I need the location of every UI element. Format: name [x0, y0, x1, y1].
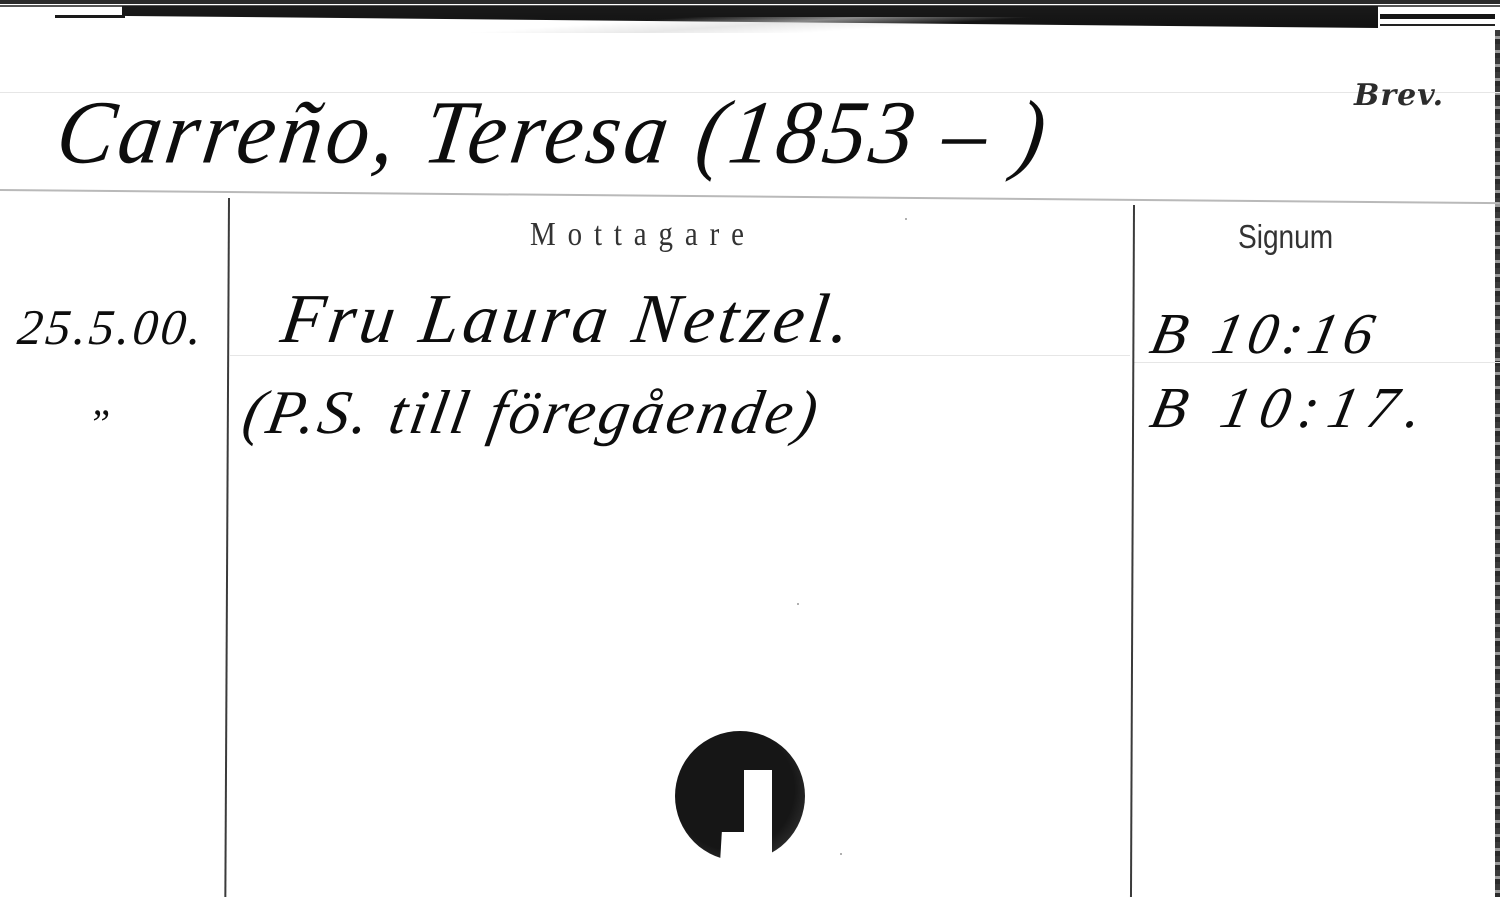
- scan-speck: [840, 853, 842, 855]
- entry-date-ditto: ”: [88, 400, 110, 447]
- column-divider-date: [224, 198, 230, 897]
- column-divider-signum: [1130, 205, 1135, 897]
- scan-edge-artifact: [0, 0, 1500, 4]
- entry-recipient-note: (P.S. till föregående): [238, 378, 826, 449]
- rod-slot-opening: [718, 832, 766, 897]
- entry-signum: B 10:16: [1145, 300, 1386, 367]
- life-dates: (1853 – ): [691, 82, 1056, 183]
- column-header-signum: Signum: [1238, 218, 1333, 256]
- header-rule: [0, 189, 1500, 204]
- catalog-card: Brev. Mottagare Signum Carreño, Teresa (…: [0, 0, 1500, 897]
- card-top-edge: [0, 17, 1500, 33]
- rod-slot: [714, 770, 762, 897]
- column-header-recipient: Mottagare: [530, 216, 756, 254]
- category-label: Brev.: [1354, 78, 1444, 113]
- scan-speck: [797, 603, 799, 605]
- entry-date: 25.5.00.: [15, 298, 208, 356]
- heading-name: Carreño, Teresa (1853 – ): [51, 80, 1057, 185]
- card-right-edge: [1495, 30, 1500, 897]
- person-name: Carreño, Teresa: [51, 82, 679, 183]
- scan-speck: [905, 218, 907, 220]
- entry-recipient: Fru Laura Netzel.: [276, 280, 859, 360]
- entry-signum: B 10:17.: [1145, 374, 1439, 441]
